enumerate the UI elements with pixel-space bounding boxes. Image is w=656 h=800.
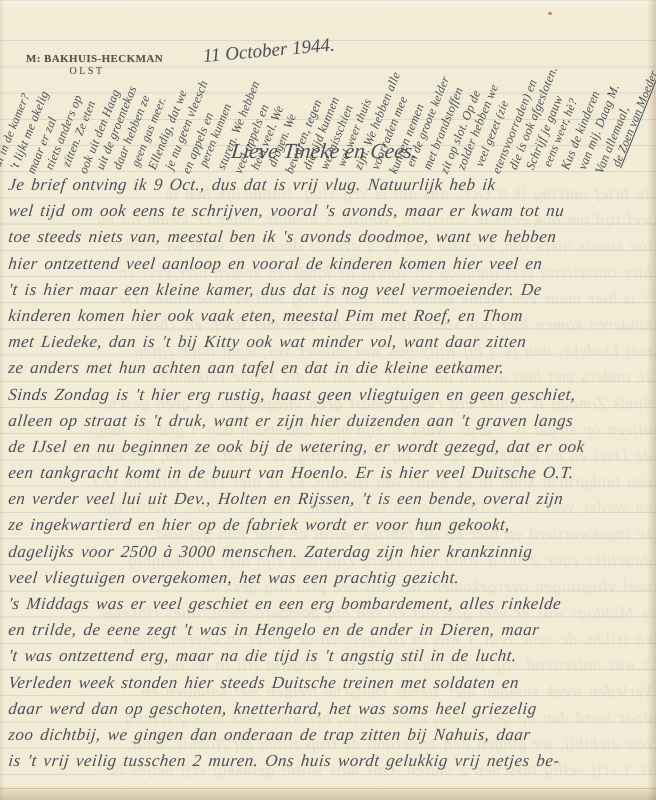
body-line: zoo dichtbij, we gingen dan onderaan de … — [7, 722, 655, 748]
body-line: Je brief ontving ik 9 Oct., dus dat is v… — [7, 172, 655, 198]
body-line: veel vliegtuigen overgekomen, het was ee… — [7, 565, 655, 591]
body-line: 't was ontzettend erg, maar na die tijd … — [7, 643, 655, 669]
salutation: Lieve Tineke en Cees. — [230, 139, 419, 164]
body-line: toe steeds niets van, meestal ben ik 's … — [7, 224, 655, 250]
body-line: wel tijd om ook eens te schrijven, voora… — [7, 198, 655, 224]
body-line: daar werd dan op geschoten, knetterhard,… — [7, 696, 655, 722]
body-line: is 't vrij veilig tusschen 2 muren. Ons … — [7, 748, 655, 774]
body-line: alleen op straat is 't druk, want er zij… — [7, 408, 655, 434]
paper-speck — [548, 12, 552, 15]
body-line: en verder veel lui uit Dev., Holten en R… — [7, 486, 655, 512]
stamp-place: OLST — [26, 66, 148, 77]
letter-page: Je brief ontving ik 9 Oct., dus dat is v… — [0, 0, 656, 800]
body-line: Verleden week stonden hier steeds Duitsc… — [7, 670, 655, 696]
body-line: hier ontzettend veel aanloop en vooral d… — [7, 251, 655, 277]
body-line: en trilde, de eene zegt 't was in Hengel… — [7, 617, 655, 643]
body-line: kinderen komen hier ook vaak eten, meest… — [7, 303, 655, 329]
sender-name-stamp: M: BAKHUIS-HECKMAN OLST — [26, 53, 148, 77]
letter-body: Je brief ontving ik 9 Oct., dus dat is v… — [7, 172, 652, 774]
body-line: dagelijks voor 2500 à 3000 menschen. Zat… — [7, 539, 655, 565]
body-line: met Liedeke, dan is 't bij Kitty ook wat… — [7, 329, 655, 355]
stamp-name: M: BAKHUIS-HECKMAN — [26, 53, 148, 65]
body-line: ze anders met hun achten aan tafel en da… — [7, 355, 655, 381]
body-line: de IJsel en nu beginnen ze ook bij de we… — [7, 434, 655, 460]
body-line: een tankgracht komt in de buurt van Hoen… — [7, 460, 655, 486]
body-line: Sinds Zondag is 't hier erg rustig, haas… — [7, 382, 655, 408]
body-line: 't is hier maar een kleine kamer, dus da… — [7, 277, 655, 303]
body-line: ze ingekwartierd en hier op de fabriek w… — [7, 512, 655, 538]
body-line: 's Middags was er veel geschiet en een e… — [7, 591, 655, 617]
